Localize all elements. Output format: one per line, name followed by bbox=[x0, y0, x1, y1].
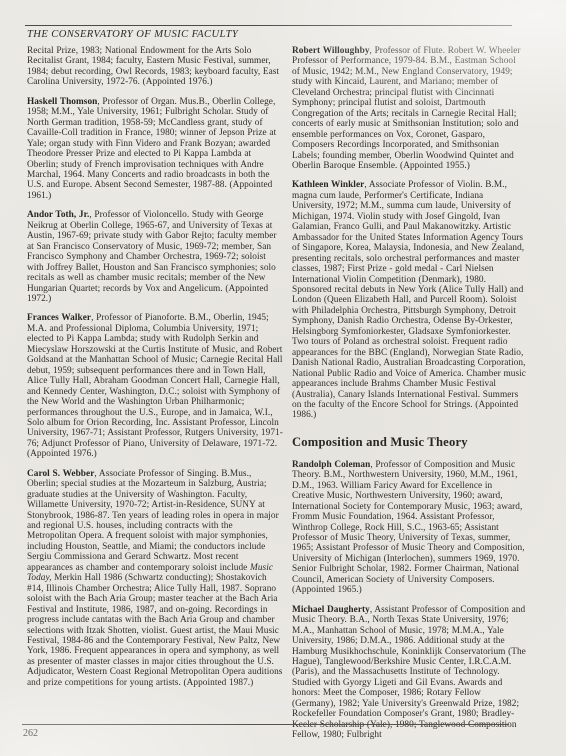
faculty-entry: Michael Daugherty, Assistant Professor o… bbox=[292, 605, 526, 741]
faculty-name: Michael Daugherty bbox=[292, 605, 370, 615]
faculty-entry: Robert Willoughby, Professor of Flute. R… bbox=[292, 46, 526, 171]
faculty-name: Frances Walker bbox=[27, 313, 91, 323]
entry-text: , Professor of Pianoforte. B.M., Oberlin… bbox=[27, 313, 283, 459]
faculty-name: Haskell Thomson bbox=[27, 97, 97, 107]
faculty-name: Robert Willoughby bbox=[292, 46, 370, 56]
faculty-name: Carol S. Webber bbox=[27, 469, 94, 479]
entry-text: , Associate Professor of Violin. B.M., m… bbox=[292, 180, 526, 420]
continuation-paragraph: Recital Prize, 1983; National Endowment … bbox=[27, 46, 283, 88]
scanned-book-page: THE CONSERVATORY OF MUSIC FACULTY Recita… bbox=[0, 0, 566, 756]
faculty-entry: Kathleen Winkler, Associate Professor of… bbox=[292, 180, 526, 420]
section-heading: Composition and Music Theory bbox=[292, 435, 526, 450]
faculty-name: Randolph Coleman bbox=[292, 460, 370, 470]
entry-text: , Professor of Violoncello. Study with G… bbox=[27, 210, 277, 304]
footer-rule bbox=[22, 724, 509, 725]
faculty-entry: Frances Walker, Professor of Pianoforte.… bbox=[27, 313, 283, 459]
entry-text: , Assistant Professor of Composition and… bbox=[292, 605, 526, 740]
faculty-name: Andor Toth, Jr. bbox=[27, 210, 89, 220]
left-column: Recital Prize, 1983; National Endowment … bbox=[27, 46, 283, 697]
right-column: Robert Willoughby, Professor of Flute. R… bbox=[292, 46, 526, 750]
entry-text: , Professor of Composition and Music The… bbox=[292, 460, 525, 595]
running-header: THE CONSERVATORY OF MUSIC FACULTY bbox=[27, 29, 238, 40]
faculty-entry: Haskell Thomson, Professor of Organ. Mus… bbox=[27, 97, 283, 202]
faculty-name: Kathleen Winkler bbox=[292, 180, 364, 190]
entry-text: , Associate Professor of Singing. B.Mus.… bbox=[27, 469, 279, 573]
page-number: 262 bbox=[23, 728, 38, 739]
faculty-entry: Randolph Coleman, Professor of Compositi… bbox=[292, 460, 526, 596]
two-column-body: Recital Prize, 1983; National Endowment … bbox=[27, 46, 527, 750]
entry-text: , Professor of Organ. Mus.B., Oberlin Co… bbox=[27, 97, 276, 201]
entry-text: Recital Prize, 1983; National Endowment … bbox=[27, 46, 279, 87]
entry-text: , Professor of Flute. Robert W. Wheeler … bbox=[292, 46, 521, 171]
faculty-entry: Carol S. Webber, Associate Professor of … bbox=[27, 469, 283, 689]
header-rule bbox=[25, 25, 512, 26]
entry-text: Merkin Hall 1986 (Schwartz conducting); … bbox=[27, 573, 282, 688]
faculty-entry: Andor Toth, Jr., Professor of Violoncell… bbox=[27, 210, 283, 304]
